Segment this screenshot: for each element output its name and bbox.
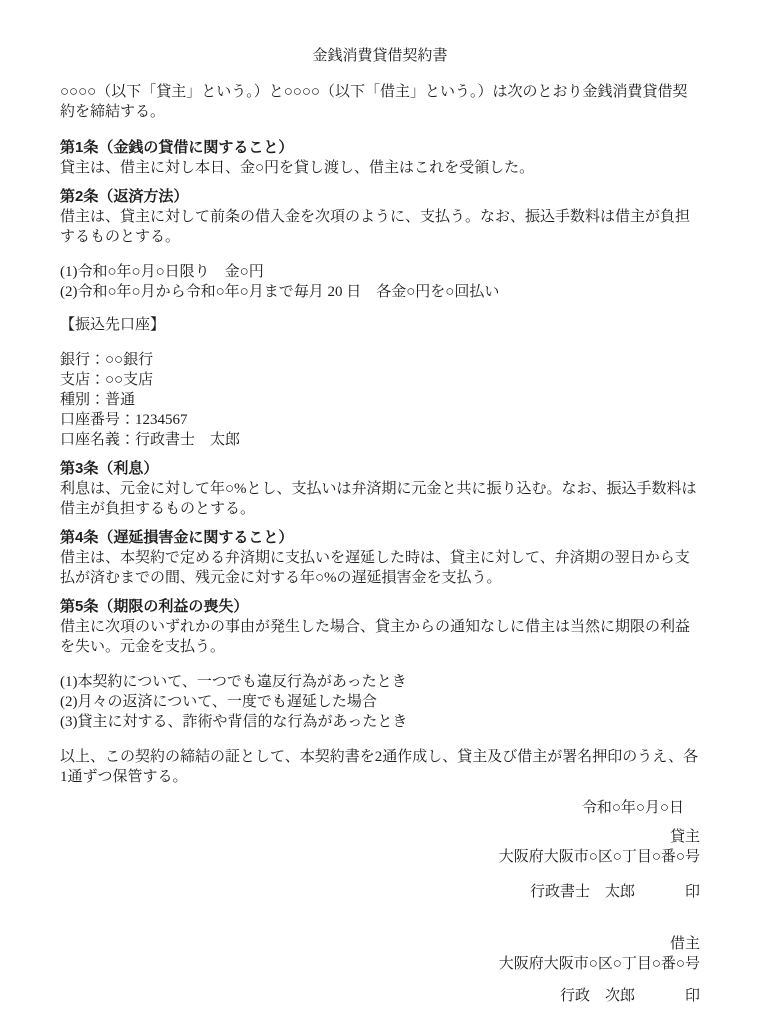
borrower-name-line: 行政 次郎印 bbox=[60, 986, 700, 1006]
intro-paragraph: ○○○○（以下「貸主」という。）と○○○○（以下「借主」という。）は次のとおり金… bbox=[60, 82, 700, 122]
repayment-item-list: (1)令和○年○月○日限り 金○円 (2)令和○年○月から令和○年○月まで毎月 … bbox=[60, 262, 700, 302]
lender-address: 大阪府大阪市○区○丁目○番○号 bbox=[60, 847, 700, 867]
forfeiture-item-list: (1)本契約について、一つでも違反行為があったとき (2)月々の返済について、一… bbox=[60, 672, 700, 732]
lender-name: 行政書士 太郎 bbox=[530, 884, 635, 900]
article-4-heading: 第4条（遅延損害金に関すること） bbox=[60, 528, 700, 548]
account-type-line: 種別：普通 bbox=[60, 390, 700, 410]
transfer-account-details: 銀行：○○銀行 支店：○○支店 種別：普通 口座番号：1234567 口座名義：… bbox=[60, 350, 700, 450]
borrower-address: 大阪府大阪市○区○丁目○番○号 bbox=[60, 954, 700, 974]
contract-date: 令和○年○月○日 bbox=[60, 798, 700, 818]
article-4: 第4条（遅延損害金に関すること） 借主は、本契約で定める弁済期に支払いを遅延した… bbox=[60, 528, 700, 588]
article-2: 第2条（返済方法） 借主は、貸主に対して前条の借入金を次項のように、支払う。なお… bbox=[60, 187, 700, 302]
transfer-account-heading: 【振込先口座】 bbox=[60, 315, 700, 335]
signature-block-lender: 貸主 大阪府大阪市○区○丁目○番○号 行政書士 太郎印 bbox=[60, 827, 700, 902]
article-3: 第3条（利息） 利息は、元金に対して年○%とし、支払いは弁済期に元金と共に振り込… bbox=[60, 459, 700, 519]
document-title: 金銭消費貸借契約書 bbox=[60, 46, 700, 66]
account-holder-line: 口座名義：行政書士 太郎 bbox=[60, 430, 700, 450]
lender-seal-mark: 印 bbox=[685, 882, 700, 902]
article-1-heading: 第1条（金銭の貸借に関すること） bbox=[60, 138, 700, 158]
article-5-heading: 第5条（期限の利益の喪失） bbox=[60, 597, 700, 617]
repayment-item: (2)令和○年○月から令和○年○月まで毎月 20 日 各金○円を○回払い bbox=[60, 282, 700, 302]
article-2-body: 借主は、貸主に対して前条の借入金を次項のように、支払う。なお、振込手数料は借主が… bbox=[60, 207, 700, 247]
forfeiture-item: (2)月々の返済について、一度でも遅延した場合 bbox=[60, 692, 700, 712]
borrower-name: 行政 次郎 bbox=[560, 988, 635, 1004]
signature-block-borrower: 借主 大阪府大阪市○区○丁目○番○号 行政 次郎印 bbox=[60, 934, 700, 1006]
article-1: 第1条（金銭の貸借に関すること） 貸主は、借主に対し本日、金○円を貸し渡し、借主… bbox=[60, 138, 700, 178]
repayment-item: (1)令和○年○月○日限り 金○円 bbox=[60, 262, 700, 282]
forfeiture-item: (3)貸主に対する、詐術や背信的な行為があったとき bbox=[60, 712, 700, 732]
article-1-body: 貸主は、借主に対し本日、金○円を貸し渡し、借主はこれを受領した。 bbox=[60, 158, 700, 178]
article-3-body: 利息は、元金に対して年○%とし、支払いは弁済期に元金と共に振り込む。なお、振込手… bbox=[60, 479, 700, 519]
article-2-heading: 第2条（返済方法） bbox=[60, 187, 700, 207]
borrower-role-label: 借主 bbox=[60, 934, 700, 954]
article-5-body: 借主に次項のいずれかの事由が発生した場合、貸主からの通知なしに借主は当然に期限の… bbox=[60, 617, 700, 657]
article-3-heading: 第3条（利息） bbox=[60, 459, 700, 479]
account-number-line: 口座番号：1234567 bbox=[60, 410, 700, 430]
lender-role-label: 貸主 bbox=[60, 827, 700, 847]
closing-paragraph: 以上、この契約の締結の証として、本契約書を2通作成し、貸主及び借主が署名押印のう… bbox=[60, 747, 700, 787]
lender-name-line: 行政書士 太郎印 bbox=[60, 882, 700, 902]
borrower-seal-mark: 印 bbox=[685, 986, 700, 1006]
article-5: 第5条（期限の利益の喪失） 借主に次項のいずれかの事由が発生した場合、貸主からの… bbox=[60, 597, 700, 732]
article-4-body: 借主は、本契約で定める弁済期に支払いを遅延した時は、貸主に対して、弁済期の翌日か… bbox=[60, 548, 700, 588]
forfeiture-item: (1)本契約について、一つでも違反行為があったとき bbox=[60, 672, 700, 692]
account-bank-line: 銀行：○○銀行 bbox=[60, 350, 700, 370]
contract-document-page: 金銭消費貸借契約書 ○○○○（以下「貸主」という。）と○○○○（以下「借主」とい… bbox=[0, 0, 757, 1024]
account-branch-line: 支店：○○支店 bbox=[60, 370, 700, 390]
